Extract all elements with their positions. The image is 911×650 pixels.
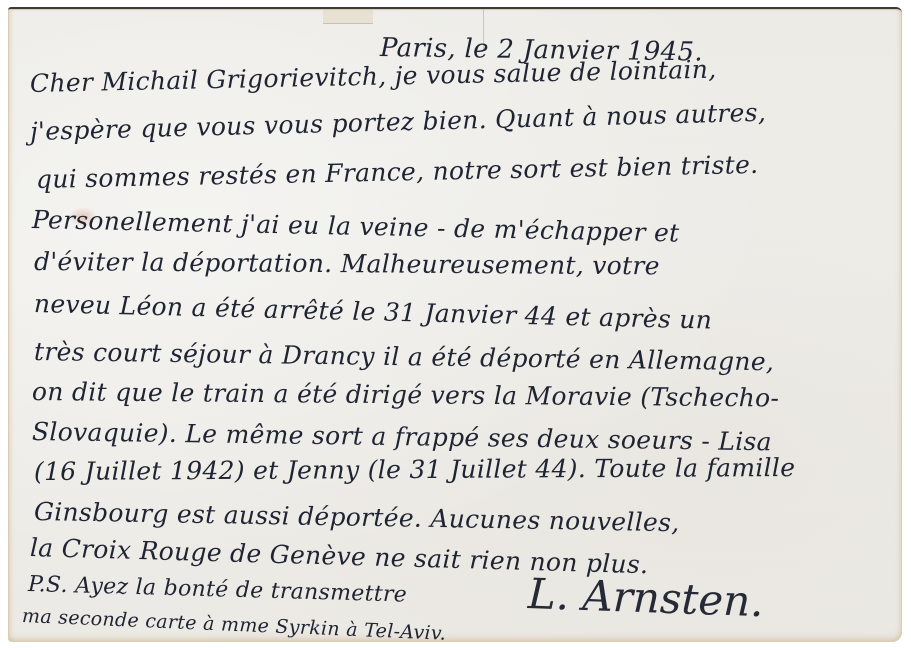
letter-line-11: Ginsbourg est aussi déportée. Aucunes no… (34, 499, 680, 535)
paper-tear (323, 9, 373, 24)
letter-line-7: très court séjour à Drancy il a été dépo… (34, 339, 775, 374)
letter-line-8: on dit que le train a été dirigé vers la… (32, 379, 779, 411)
letter-line-1: Cher Michail Grigorievitch, je vous salu… (30, 57, 717, 96)
postscript-line-1: P.S. Ayez la bonté de transmettre (28, 574, 408, 607)
letter-line-5: d'éviter la déportation. Malheureusement… (34, 249, 660, 278)
letter-line-10: (16 Juillet 1942) et Jenny (le 31 Juille… (34, 455, 795, 484)
postcard: Paris, le 2 Janvier 1945. Cher Michail G… (8, 7, 902, 642)
letter-line-9: Slovaquie). Le même sort a frappé ses de… (32, 419, 772, 454)
letter-line-6: neveu Léon a été arrêté le 31 Janvier 44… (34, 291, 713, 333)
postscript-line-2: ma seconde carte à mme Syrkin à Tel-Aviv… (22, 607, 447, 644)
letter-line-3: qui sommes restés en France, notre sort … (36, 152, 759, 192)
letter-line-2: j'espère que vous vous portez bien. Quan… (30, 100, 767, 144)
signature: L. Arnsten. (527, 569, 764, 626)
letter-line-4: Personellement j'ai eu la veine - de m'é… (32, 207, 680, 246)
